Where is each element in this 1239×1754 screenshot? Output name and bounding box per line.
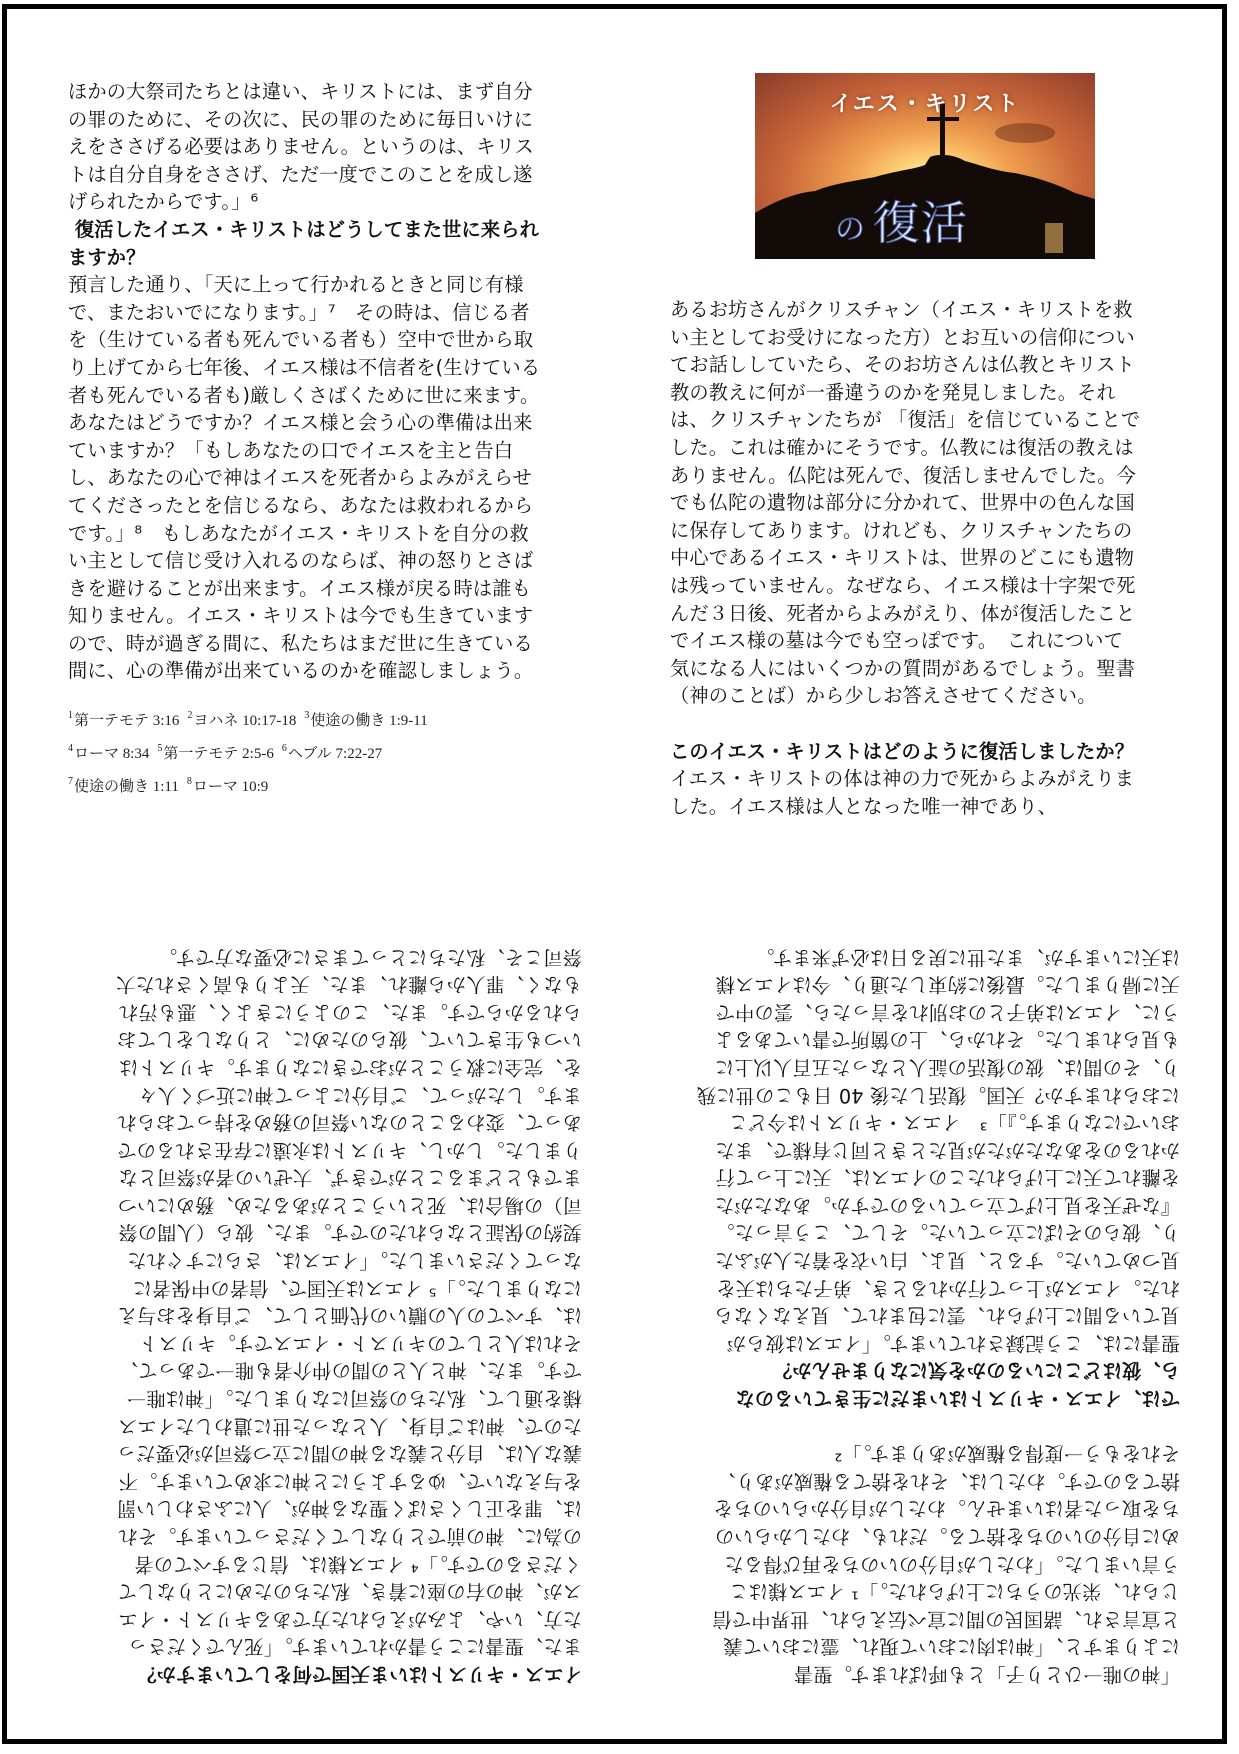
text-line: は残っていません。なぜなら、イエス様は十字架で死 <box>670 572 1190 600</box>
banner-title-bottom: の復活 <box>835 187 969 253</box>
text-line: で、またおいでになります。」⁷ その時は、信じる者 <box>68 299 588 327</box>
footnote-number: 4 <box>68 743 73 754</box>
text-line: 気になる人にはいくつかの質問があるでしょう。聖書 <box>670 655 1190 683</box>
footnote-number: 5 <box>157 743 162 754</box>
text-line: ありません。仏陀は死んで、復活しませんでした。今 <box>670 462 1190 490</box>
footnote-text: ローマ 8:34 <box>74 746 149 762</box>
bottom-right-column-rotated: 「神の唯一ひとり子」とも呼ばれます。聖書によりますと、「神は肉において現れ、霊に… <box>660 926 1180 1688</box>
banner-title-fukkatsu: 復活 <box>873 196 969 250</box>
banner-title-no: の <box>835 212 867 247</box>
text-line: おいでになります。』」³ イエス・キリストは今どこ <box>660 1109 1180 1137</box>
text-line: し、あなたの心で神はイエスを死者からよみがえらせ <box>68 464 588 492</box>
footnote-row: 1第一テモテ 3:162ヨハネ 10:17-183使途の働き 1:9-11 <box>68 702 436 735</box>
text-line: れた。イエスが上って行かれるとき、弟子たちは天を <box>660 1274 1180 1302</box>
resurrection-banner-image: イエス・キリスト の復活 <box>755 73 1095 259</box>
text-line: も見られました。それから、上の箇所で書いてあるよ <box>660 1026 1180 1054</box>
text-line: を（生けている者も死んでいる者も）空中で世から取 <box>68 326 588 354</box>
text-line: は、すべての人の贖いの代価として、ご自身をお与え <box>62 1302 582 1330</box>
text-line: それをもう一度得る権威があります。」² <box>660 1440 1180 1468</box>
heading-line: では、イエス・キリストはいまだに生きているのな <box>660 1384 1180 1412</box>
footnote-ref: 2ヨハネ 10:17-18 <box>187 713 296 729</box>
text-line: におられますか？天国。復活した後 40 日もこの世に残 <box>660 1081 1180 1109</box>
text-line: あなたはどうですか？イエス様と会う心の準備は出来 <box>68 409 588 437</box>
footnote-text: ヘブル 7:22-27 <box>288 746 382 762</box>
top-right-column: あるお坊さんがクリスチャン（イエス・キリストを救い主としてお受けになった方）とお… <box>670 296 1190 820</box>
text-line: は、クリスチャンたちが 「復活」を信じていることで <box>670 406 1190 434</box>
text-line: りました。しかし、キリストは永遠に存在されるので <box>62 1136 582 1164</box>
text-line: ちを取った者はいません。わたしが自分からいのちを <box>660 1495 1180 1523</box>
text-line: 「神の唯一ひとり子」とも呼ばれます。聖書 <box>660 1660 1180 1688</box>
text-line: 見つめていた。すると、見よ、白い衣を着た人がふた <box>660 1247 1180 1275</box>
text-line: くださるのです。」⁴ イエス様は、信じるすべての者 <box>62 1550 582 1578</box>
text-line: した。これは確かにそうです。仏教には復活の教えは <box>670 434 1190 462</box>
text-line: たので、神はご自身、人となった世に遣わしたイエス <box>62 1412 582 1440</box>
footnote-number: 6 <box>282 743 287 754</box>
text-line: う言いました。「わたしが自分のいのちを再び得るた <box>660 1550 1180 1578</box>
text-line: イエス・キリストの体は神の力で死からよみがえりま <box>670 765 1190 793</box>
text-line: を与えないで、ゆるすようにと神に求めています。不 <box>62 1467 582 1495</box>
text-line: んだ３日後、死者からよみがえり、体が復活したこと <box>670 600 1190 628</box>
text-line: り上げてから七年後、イエス様は不信者を(生けている <box>68 354 588 382</box>
text-line: 契約の保証となられたのです。また、彼ら（人間の祭 <box>62 1219 582 1247</box>
text-line: の罪のために、その次に、民の罪のために毎日いけに <box>68 106 588 134</box>
footnote-number: 1 <box>68 710 73 721</box>
footnote-text: 使途の働き 1:11 <box>74 779 179 795</box>
text-line: 中心であるイエス・キリストは、世界のどこにも遺物 <box>670 544 1190 572</box>
text-line: を、完全に救うことがおできになります。キリストは <box>62 1053 582 1081</box>
text-line: きを避けることが出来ます。イエス様が戻る時は誰も <box>68 575 588 603</box>
text-line: 知りません。イエス・キリストは今でも生きています <box>68 602 588 630</box>
text-line: かれるのをあなたがたが見たときと同じ有様で、また <box>660 1136 1180 1164</box>
text-line: なってくださいました。「イエスは、さらにすぐれた <box>62 1247 582 1275</box>
banner-title-top: イエス・キリスト <box>755 87 1095 118</box>
text-line <box>670 710 1190 738</box>
footnote-number: 3 <box>304 710 309 721</box>
text-line: もなく、罪人から離れ、また、天よりも高くされた大 <box>62 971 582 999</box>
text-line: また、聖書にこう書かれています。「死んでくださっ <box>62 1633 582 1661</box>
text-line: です。また、神と人との間の仲介者も唯一であって、 <box>62 1357 582 1385</box>
footnote-row: 7使途の働き 1:118ローマ 10:9 <box>68 768 436 801</box>
text-line: えをささげる必要はありません。というのは、キリス <box>68 133 588 161</box>
footnote-row: 4ローマ 8:345第一テモテ 2:5-66ヘブル 7:22-27 <box>68 735 436 768</box>
text-line: り、彼らのそばに立っていた。そして、こう言った。 <box>660 1219 1180 1247</box>
text-line: 天に帰りました。最後に約束した通り、今はイエス様 <box>660 971 1180 999</box>
text-line: に保存してあります。けれども、クリスチャンたちの <box>670 517 1190 545</box>
text-line: 『なぜ天を見上げて立っているのですか。あなたがた <box>660 1191 1180 1219</box>
footnote-ref: 1第一テモテ 3:16 <box>68 713 179 729</box>
text-line: した。イエス様は人となった唯一神であり、 <box>670 793 1190 821</box>
text-line: それは人としてのキリスト・イエスです。キリスト <box>62 1329 582 1357</box>
text-line: うに、イエスは弟子とのお別れを言ったら、雲の中で <box>660 998 1180 1026</box>
heading-line: このイエス・キリストはどのように復活しましたか？ <box>670 738 1190 766</box>
text-line: 司）の場合は、死ということがあるため、務めにいつ <box>62 1191 582 1219</box>
footnote-ref: 7使途の働き 1:11 <box>68 779 179 795</box>
heading-line: 復活したイエス・キリストはどうしてまた世に来られ <box>68 216 588 244</box>
text-line: でも仏陀の遺物は部分に分かれて、世界中の色んな国 <box>670 489 1190 517</box>
text-line: げられたからです。」⁶ <box>68 188 588 216</box>
heading-line: ますか？ <box>68 244 588 272</box>
text-line: あるお坊さんがクリスチャン（イエス・キリストを救 <box>670 296 1190 324</box>
footnote-text: 第一テモテ 2:5-6 <box>163 746 273 762</box>
text-line: を離れて天に上げられたこのイエスは、天に上って行 <box>660 1164 1180 1192</box>
text-line: い主として信じ受け入れるのならば、神の怒りとさば <box>68 547 588 575</box>
heading-line: ら、彼はどこにいるのかを気になりませんか？ <box>660 1357 1180 1385</box>
text-line: 義な人は、自分と義なる神の間に立つ祭司が必要だっ <box>62 1440 582 1468</box>
text-line: 祭司こそ、私たちにとってまさに必要な方です。 <box>62 943 582 971</box>
footnote-ref: 3使途の働き 1:9-11 <box>304 713 427 729</box>
footnote-text: ヨハネ 10:17-18 <box>193 713 296 729</box>
text-line: られるからです。また、このようにきよく、悪も汚れ <box>62 998 582 1026</box>
footnote-number: 8 <box>187 776 192 787</box>
text-line: てお話ししていたら、そのお坊さんは仏教とキリスト <box>670 351 1190 379</box>
text-line: あって、変わることのない祭司の務めを持っておられ <box>62 1109 582 1137</box>
footnote-text: 使途の働き 1:9-11 <box>310 713 427 729</box>
text-line: の為に、神の前でとりなしてくださっています。それ <box>62 1522 582 1550</box>
text-line: じられ、栄光のうちに上げられた。」¹ イエス様はこ <box>660 1578 1180 1606</box>
footnote-ref: 8ローマ 10:9 <box>187 779 268 795</box>
text-line: です。」⁸ もしあなたがイエス・キリストを自分の救 <box>68 520 588 548</box>
footnote-text: ローマ 10:9 <box>193 779 268 795</box>
text-line: てくださったとを信じるなら、あなたは救われるから <box>68 492 588 520</box>
text-line: 様を通して、私たちの祭司になりました。「神は唯一 <box>62 1384 582 1412</box>
footnote-text: 第一テモテ 3:16 <box>74 713 179 729</box>
text-line: 預言した通り、「天に上って行かれるときと同じ有様 <box>68 271 588 299</box>
text-line: （神のことば）から少しお答えさせてください。 <box>670 682 1190 710</box>
top-left-column: ほかの大祭司たちとは違い、キリストには、まず自分の罪のために、その次に、民の罪の… <box>68 78 588 685</box>
text-line: 見ている間に上げられ、雲に包まれて、見えなくなら <box>660 1302 1180 1330</box>
text-line: ので、時が過ぎる間に、私たちはまだ世に生きている <box>68 630 588 658</box>
footnote-number: 7 <box>68 776 73 787</box>
text-line: は、罪を正しくさばく聖なる神が、人にふさわしい罰 <box>62 1495 582 1523</box>
text-line: になりました。」⁵ イエスは天国で、信者の中保者に <box>62 1274 582 1302</box>
text-line: によりますと、「神は肉において現れ、霊において義 <box>660 1633 1180 1661</box>
text-line: ます。したがって、ご自分によって神に近づく人々 <box>62 1081 582 1109</box>
text-line: までもとどまることができず、大ぜいの者が祭司とな <box>62 1164 582 1192</box>
text-line: 聖書には、こう記録されています。「イエスは彼らが <box>660 1329 1180 1357</box>
footnote-ref: 4ローマ 8:34 <box>68 746 149 762</box>
text-line: た方、いや、よみがえられた方であるキリスト・イエ <box>62 1605 582 1633</box>
footnote-number: 2 <box>187 710 192 721</box>
text-line: でイエス様の墓は今でも空っぽです。 これについて <box>670 627 1190 655</box>
text-line: スが、神の右の座に着き、私たちのためにとりなして <box>62 1578 582 1606</box>
footnote-ref: 6ヘブル 7:22-27 <box>282 746 382 762</box>
text-line: いつも生きていて、彼らのために、とりなしをしてお <box>62 1026 582 1054</box>
text-line: 教の教えに何が一番違うのかを発見しました。それ <box>670 379 1190 407</box>
text-line: 者も死んでいる者も)厳しくさばくために世に来ます。 <box>68 382 588 410</box>
text-line: ほかの大祭司たちとは違い、キリストには、まず自分 <box>68 78 588 106</box>
text-line: り、その間は、彼の復活の証人となった五百人以上に <box>660 1053 1180 1081</box>
text-line: ていますか？「もしあなたの口でイエスを主と告白 <box>68 437 588 465</box>
heading-line: イエス・キリストはいま天国で何をしていますか？ <box>62 1660 582 1688</box>
text-line: 間に、心の準備が出来ているのかを確認しましょう。 <box>68 657 588 685</box>
footnote-ref: 5第一テモテ 2:5-6 <box>157 746 273 762</box>
text-line: と宣言され、諸国民の間に宣べ伝えられ、世界中で信 <box>660 1605 1180 1633</box>
text-line <box>660 1412 1180 1440</box>
text-line: 捨てるのです。わたしは、それを捨てる権威があり、 <box>660 1467 1180 1495</box>
text-line: い主としてお受けになった方）とお互いの信仰につい <box>670 324 1190 352</box>
text-line: めに自分のいのちを捨てる。だれも、わたしからいの <box>660 1522 1180 1550</box>
footnotes: 1第一テモテ 3:162ヨハネ 10:17-183使途の働き 1:9-114ロー… <box>68 702 436 801</box>
text-line: トは自分自身をささげ、ただ一度でこのことを成し遂 <box>68 161 588 189</box>
text-line: は天にいますが、また世に戻る日は必ず来ます。 <box>660 943 1180 971</box>
bottom-left-column-rotated: イエス・キリストはいま天国で何をしていますか？また、聖書にこう書かれています。「… <box>62 926 582 1688</box>
